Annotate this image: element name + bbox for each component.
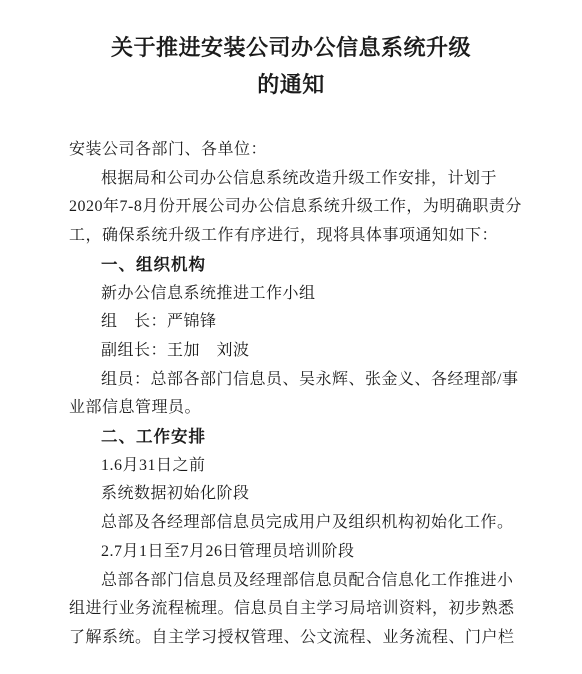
- document-line: 新办公信息系统推进工作小组: [69, 280, 518, 309]
- document-line: 组 长：严锦锋: [69, 308, 518, 337]
- document-line: 总部及各经理部信息员完成用户及组织机构初始化工作。: [69, 509, 518, 538]
- paragraph: 总部及各经理部信息员完成用户及组织机构初始化工作。: [69, 509, 518, 538]
- paragraph: 副组长：王加 刘波: [69, 337, 518, 366]
- addressee-line: 安装公司各部门、各单位：: [69, 136, 518, 165]
- document-line: 2020年7-8月份开展公司办公信息系统升级工作，为明确职责分: [69, 193, 518, 222]
- paragraph: 根据局和公司办公信息系统改造升级工作安排，计划于2020年7-8月份开展公司办公…: [69, 165, 518, 251]
- document-page: 关于推进安装公司办公信息系统升级 的通知 安装公司各部门、各单位：根据局和公司办…: [0, 0, 582, 674]
- section-heading: 二、工作安排: [69, 423, 518, 452]
- document-line: 组员：总部各部门信息员、吴永辉、张金义、各经理部/事: [69, 366, 518, 395]
- paragraph: 组员：总部各部门信息员、吴永辉、张金义、各经理部/事业部信息管理员。: [69, 366, 518, 423]
- paragraph: 总部各部门信息员及经理部信息员配合信息化工作推进小组进行业务流程梳理。信息员自主…: [69, 567, 518, 653]
- document-line: 总部各部门信息员及经理部信息员配合信息化工作推进小: [69, 567, 518, 596]
- document-line: 系统数据初始化阶段: [69, 480, 518, 509]
- document-body: 安装公司各部门、各单位：根据局和公司办公信息系统改造升级工作安排，计划于2020…: [69, 136, 518, 653]
- document-line: 二、工作安排: [69, 423, 518, 452]
- document-title: 关于推进安装公司办公信息系统升级 的通知: [40, 29, 542, 103]
- document-line: 1.6月31日之前: [69, 452, 518, 481]
- document-line: 一、组织机构: [69, 251, 518, 280]
- title-line: 关于推进安装公司办公信息系统升级: [40, 29, 542, 66]
- paragraph: 系统数据初始化阶段: [69, 480, 518, 509]
- document-line: 根据局和公司办公信息系统改造升级工作安排，计划于: [69, 165, 518, 194]
- document-line: 了解系统。自主学习授权管理、公文流程、业务流程、门户栏: [69, 624, 518, 653]
- document-line: 业部信息管理员。: [69, 394, 518, 423]
- section-heading: 一、组织机构: [69, 251, 518, 280]
- paragraph: 2.7月1日至7月26日管理员培训阶段: [69, 538, 518, 567]
- document-line: 副组长：王加 刘波: [69, 337, 518, 366]
- paragraph: 组 长：严锦锋: [69, 308, 518, 337]
- paragraph: 新办公信息系统推进工作小组: [69, 280, 518, 309]
- document-line: 2.7月1日至7月26日管理员培训阶段: [69, 538, 518, 567]
- document-line: 组进行业务流程梳理。信息员自主学习局培训资料，初步熟悉: [69, 595, 518, 624]
- title-line: 的通知: [40, 66, 542, 103]
- document-line: 安装公司各部门、各单位：: [69, 136, 518, 165]
- paragraph: 1.6月31日之前: [69, 452, 518, 481]
- document-line: 工，确保系统升级工作有序进行，现将具体事项通知如下：: [69, 222, 518, 251]
